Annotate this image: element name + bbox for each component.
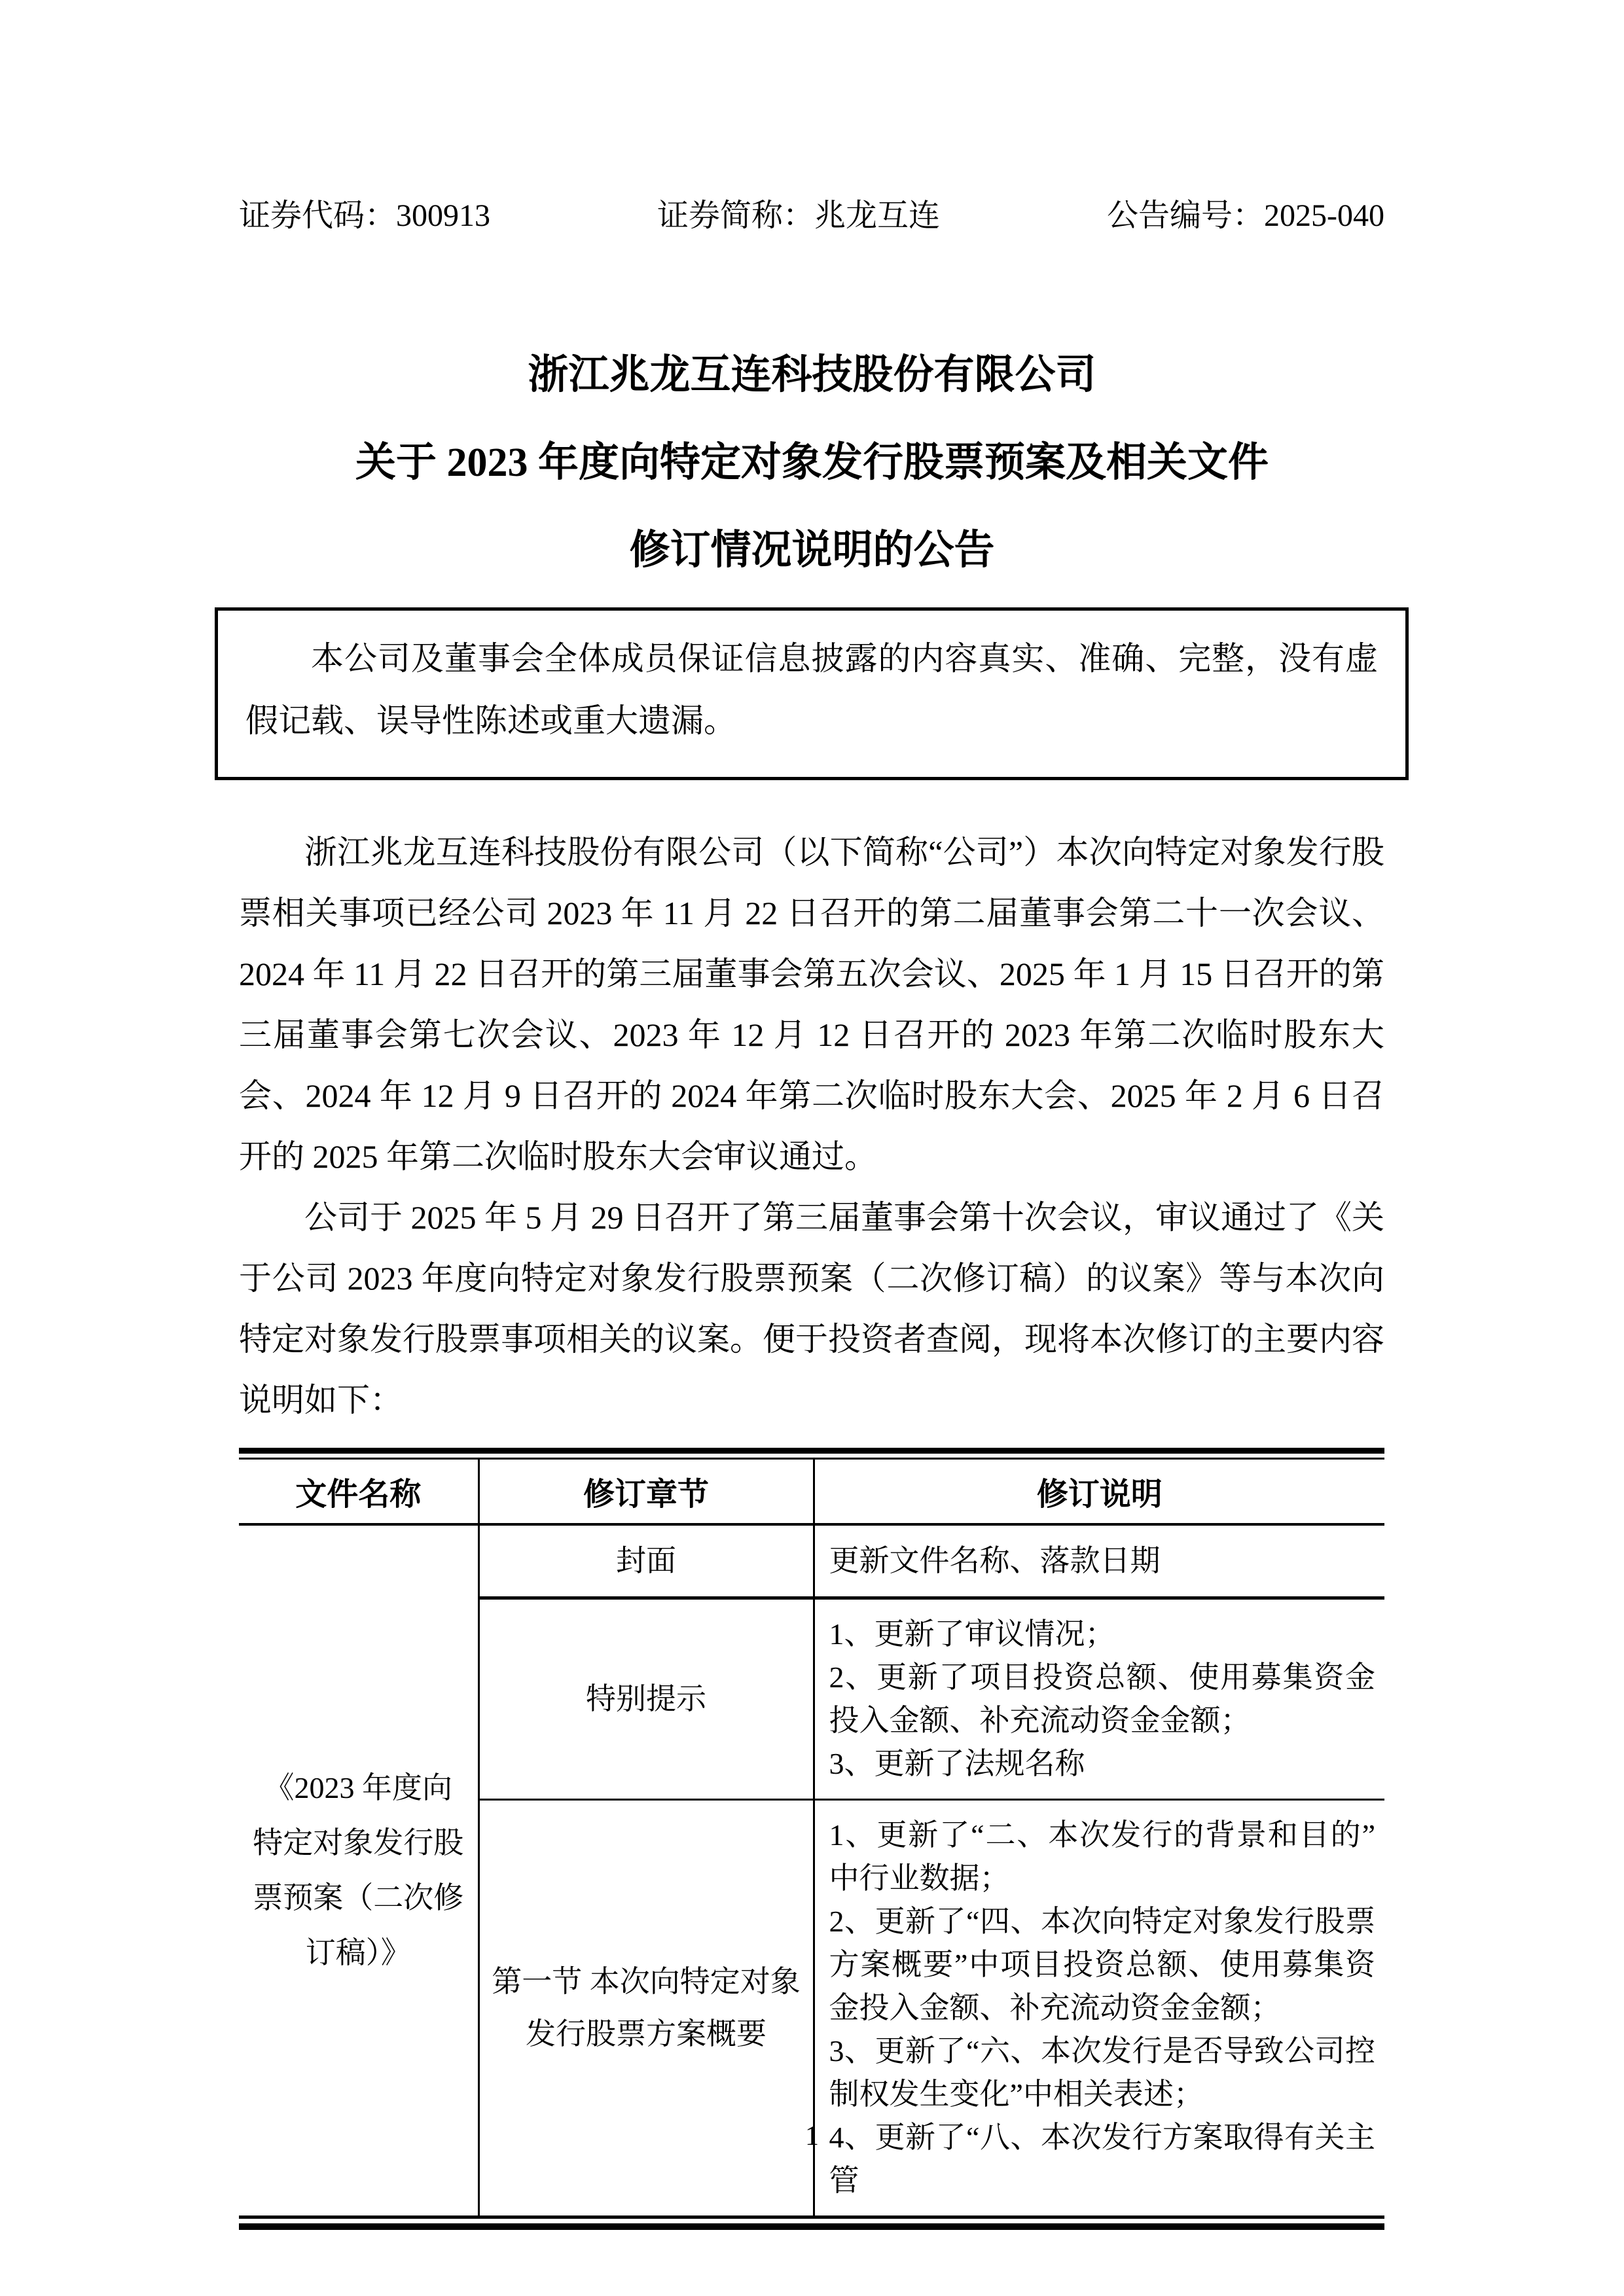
cell-description-special-hint: 1、更新了审议情况； 2、更新了项目投资总额、使用募集资金投入金额、补充流动资金…: [814, 1598, 1384, 1800]
revision-table: 文件名称 修订章节 修订说明 《2023 年度向特定对象发行股票预案（二次修订稿…: [239, 1460, 1384, 2215]
paragraph-revision-intro: 公司于 2025 年 5 月 29 日召开了第三届董事会第十次会议，审议通过了《…: [239, 1187, 1384, 1431]
cell-document-name: 《2023 年度向特定对象发行股票预案（二次修订稿）》: [239, 1524, 478, 2215]
disclaimer-box: 本公司及董事会全体成员保证信息披露的内容真实、准确、完整，没有虚假记载、误导性陈…: [215, 607, 1409, 780]
paragraph-approval-history: 浙江兆龙互连科技股份有限公司（以下简称“公司”）本次向特定对象发行股票相关事项已…: [239, 822, 1384, 1187]
document-title: 浙江兆龙互连科技股份有限公司 关于 2023 年度向特定对象发行股票预案及相关文…: [0, 346, 1624, 609]
title-company: 浙江兆龙互连科技股份有限公司: [0, 346, 1624, 433]
cell-chapter-special-hint: 特别提示: [478, 1598, 814, 1800]
col-header-file-name: 文件名称: [239, 1460, 478, 1524]
table-header-row: 文件名称 修订章节 修订说明: [239, 1460, 1384, 1524]
body-paragraphs: 浙江兆龙互连科技股份有限公司（以下简称“公司”）本次向特定对象发行股票相关事项已…: [239, 822, 1384, 1431]
revision-table-block: 文件名称 修订章节 修订说明 《2023 年度向特定对象发行股票预案（二次修订稿…: [239, 1448, 1384, 2230]
col-header-revision-note: 修订说明: [814, 1460, 1384, 1524]
stock-code: 证券代码：300913: [239, 196, 490, 236]
title-doc-type: 修订情况说明的公告: [0, 521, 1624, 609]
security-meta-row: 证券代码：300913 证券简称：兆龙互连 公告编号：2025-040: [239, 196, 1384, 236]
announcement-page: 证券代码：300913 证券简称：兆龙互连 公告编号：2025-040 浙江兆龙…: [0, 0, 1624, 2296]
cell-chapter-cover: 封面: [478, 1524, 814, 1598]
title-subject: 关于 2023 年度向特定对象发行股票预案及相关文件: [0, 433, 1624, 521]
disclaimer-text: 本公司及董事会全体成员保证信息披露的内容真实、准确、完整，没有虚假记载、误导性陈…: [245, 628, 1378, 752]
col-header-revised-chapter: 修订章节: [478, 1460, 814, 1524]
stock-abbr: 证券简称：兆龙互连: [657, 196, 940, 236]
announcement-no: 公告编号：2025-040: [1107, 196, 1384, 236]
table-page-break-rule: [239, 2215, 1384, 2230]
cell-chapter-section1: 第一节 本次向特定对象发行股票方案概要: [478, 1800, 814, 2216]
page-number: 1: [0, 2121, 1624, 2152]
table-row: 《2023 年度向特定对象发行股票预案（二次修订稿）》 封面 更新文件名称、落款…: [239, 1524, 1384, 1598]
cell-description-cover: 更新文件名称、落款日期: [814, 1524, 1384, 1598]
table-top-rule: [239, 1448, 1384, 1460]
cell-description-section1: 1、更新了“二、本次发行的背景和目的”中行业数据； 2、更新了“四、本次向特定对…: [814, 1800, 1384, 2216]
